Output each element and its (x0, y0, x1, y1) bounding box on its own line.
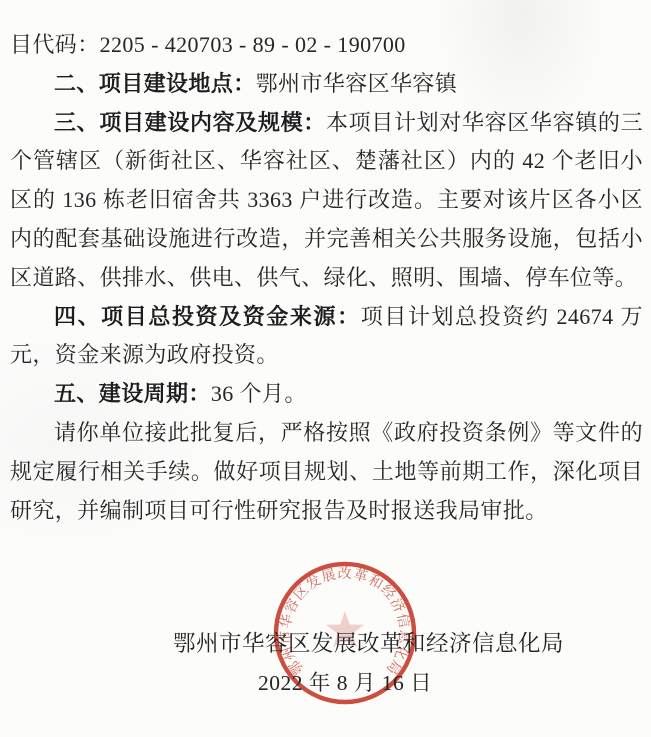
section-3-text: 本项目计划对华容区华容镇的三个管辖区（新街社区、华容社区、楚藩社区）内的 42 … (10, 110, 643, 290)
paragraph-location: 二、项目建设地点：鄂州市华容区华容镇 (10, 65, 643, 104)
section-5-label: 五、建设周期： (54, 381, 211, 406)
section-5-text: 36 个月。 (211, 381, 307, 406)
scanned-document-page: 目代码：2205 - 420703 - 89 - 02 - 190700 二、项… (0, 0, 651, 737)
paragraph-period: 五、建设周期：36 个月。 (10, 375, 643, 414)
paragraph-closing: 请你单位接此批复后，严格按照《政府投资条例》等文件的规定履行相关手续。做好项目规… (10, 414, 643, 530)
section-4-label: 四、项目总投资及资金来源： (54, 304, 361, 329)
closing-text: 请你单位接此批复后，严格按照《政府投资条例》等文件的规定履行相关手续。做好项目规… (10, 420, 643, 523)
paragraph-investment: 四、项目总投资及资金来源：项目计划总投资约 24674 万元，资金来源为政府投资… (10, 298, 643, 376)
issuer-signature: 鄂州市华容区发展改革和经济信息化局 (173, 626, 564, 658)
issue-date: 2022 年 8 月 16 日 (258, 666, 432, 697)
section-2-text: 鄂州市华容区华容镇 (256, 71, 458, 96)
section-2-label: 二、项目建设地点： (54, 71, 256, 96)
document-body: 目代码：2205 - 420703 - 89 - 02 - 190700 二、项… (10, 26, 643, 530)
project-code-line: 目代码：2205 - 420703 - 89 - 02 - 190700 (10, 26, 643, 65)
section-3-label: 三、项目建设内容及规模： (54, 110, 326, 135)
paragraph-content-scale: 三、项目建设内容及规模：本项目计划对华容区华容镇的三个管辖区（新街社区、华容社区… (10, 104, 643, 298)
